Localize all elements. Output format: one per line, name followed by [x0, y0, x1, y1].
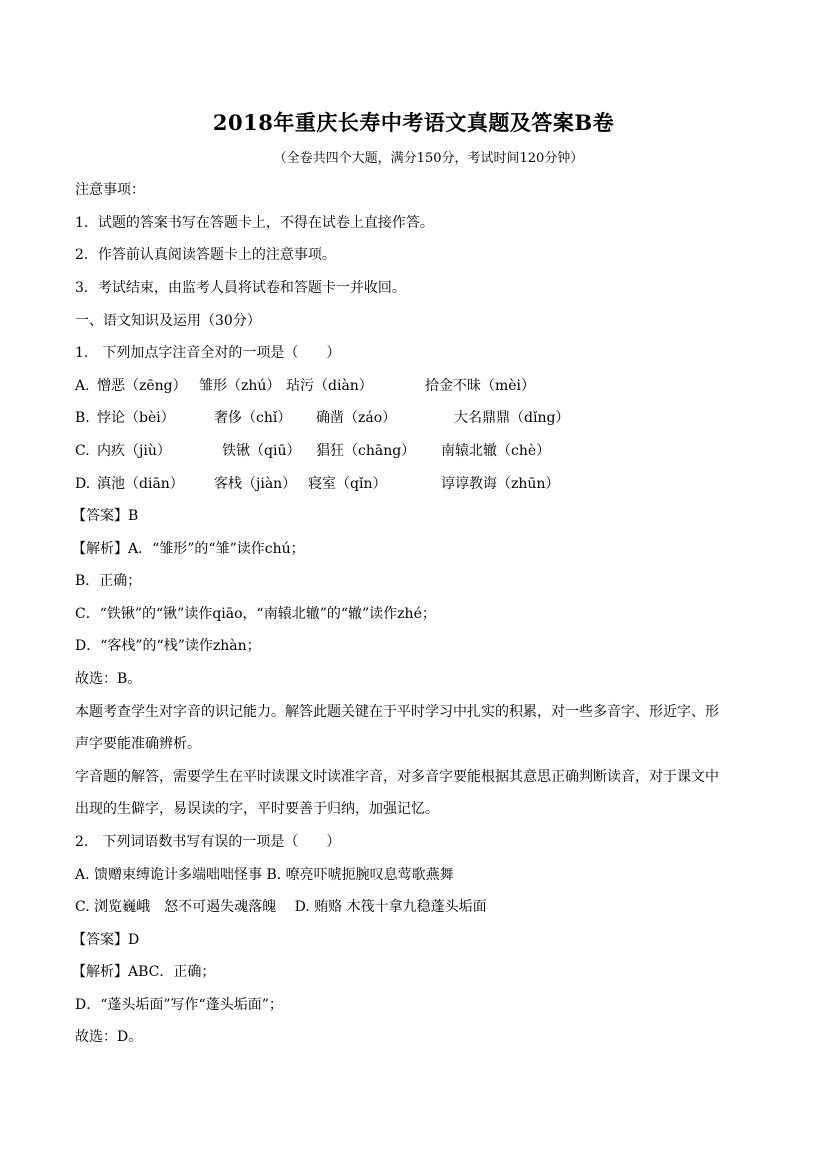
question-stem: 2. 下列词语数书写有误的一项是（ ）	[75, 833, 340, 851]
option-item: 确凿（záo）	[316, 409, 396, 427]
option-label: D.	[75, 475, 90, 493]
analysis-line: 故选：B。	[75, 670, 141, 688]
q2-options-line: A. 馈赠束缚诡计多端咄咄怪事 B. 嘹亮吓唬扼腕叹息莺歌燕舞	[75, 866, 454, 884]
commentary-line: 本题考查学生对字音的识记能力。解答此题关键在于平时学习中扎实的积累，对一些多音字…	[75, 703, 719, 721]
analysis-line: C．“铁锹”的“锹”读作qiāo，“南辕北辙”的“辙”读作zhé；	[75, 605, 436, 623]
option-item: 大名鼎鼎（dǐng）	[454, 409, 569, 427]
option-item: 雏形（zhú）	[199, 377, 280, 395]
answer-label: 【答案】D	[72, 931, 139, 949]
option-label: B.	[75, 409, 90, 427]
commentary-line: 声字要能准确辨析。	[75, 735, 201, 753]
analysis-line: 故选：D。	[75, 1028, 142, 1046]
option-item: 悖论（bèi）	[97, 409, 175, 427]
page-title: 2018年重庆长寿中考语文真题及答案B卷	[0, 110, 827, 136]
q2-options-line: C. 浏览巍峨 怒不可遏失魂落魄 D. 贿赂 木筏十拿九稳蓬头垢面	[75, 898, 487, 916]
commentary-line: 字音题的解答，需要学生在平时读课文时读准字音，对多音字要能根据其意思正确判断读音…	[75, 768, 719, 786]
option-item: 铁锹（qiū）	[222, 442, 300, 460]
option-item: 客栈（jiàn）	[214, 475, 296, 493]
notice-heading: 注意事项：	[75, 181, 145, 199]
analysis-line: B．正确；	[75, 572, 141, 590]
option-item: 滇池（diān）	[97, 475, 184, 493]
section-heading: 一、语文知识及运用（30分）	[75, 312, 261, 330]
option-item: 南辕北辙（chè）	[441, 442, 550, 460]
notice-item: 3．考试结束，由监考人員将试卷和答题卡一并收回。	[75, 279, 406, 297]
question-stem: 1. 下列加点字注音全对的一项是（ ）	[75, 344, 340, 362]
analysis-line: D．“蓬头垢面”写作“蓬头垢面”；	[75, 996, 283, 1014]
option-item: 寝室（qǐn）	[308, 475, 386, 493]
option-label: A.	[75, 377, 90, 395]
option-item: 玷污（diàn）	[286, 377, 373, 395]
option-item: 内疚（jiù）	[97, 442, 171, 460]
option-item: 拾金不昧（mèi）	[425, 377, 535, 395]
commentary-line: 出现的生僻字，易误读的字，平时要善于归纳，加强记忆。	[75, 800, 439, 818]
option-item: 谆谆教诲（zhūn）	[441, 475, 559, 493]
notice-item: 2．作答前认真阅读答题卡上的注意事项。	[75, 246, 336, 264]
analysis-line: 【解析】ABC．正确；	[72, 963, 215, 981]
option-item: 奢侈（chǐ）	[214, 409, 291, 427]
option-item: 猖狂（chāng）	[316, 442, 415, 460]
option-item: 憎恶（zēng）	[97, 377, 187, 395]
analysis-line: D．“客栈”的“栈”读作zhàn；	[75, 637, 261, 655]
option-label: C.	[75, 442, 90, 460]
page-subtitle: （全卷共四个大题，满分150分，考试时间120分钟）	[0, 151, 827, 167]
analysis-line: 【解析】A．“雏形”的“雏”读作chú；	[72, 540, 305, 558]
answer-label: 【答案】B	[72, 507, 138, 525]
notice-item: 1．试题的答案书写在答题卡上，不得在试卷上直接作答。	[75, 214, 434, 232]
